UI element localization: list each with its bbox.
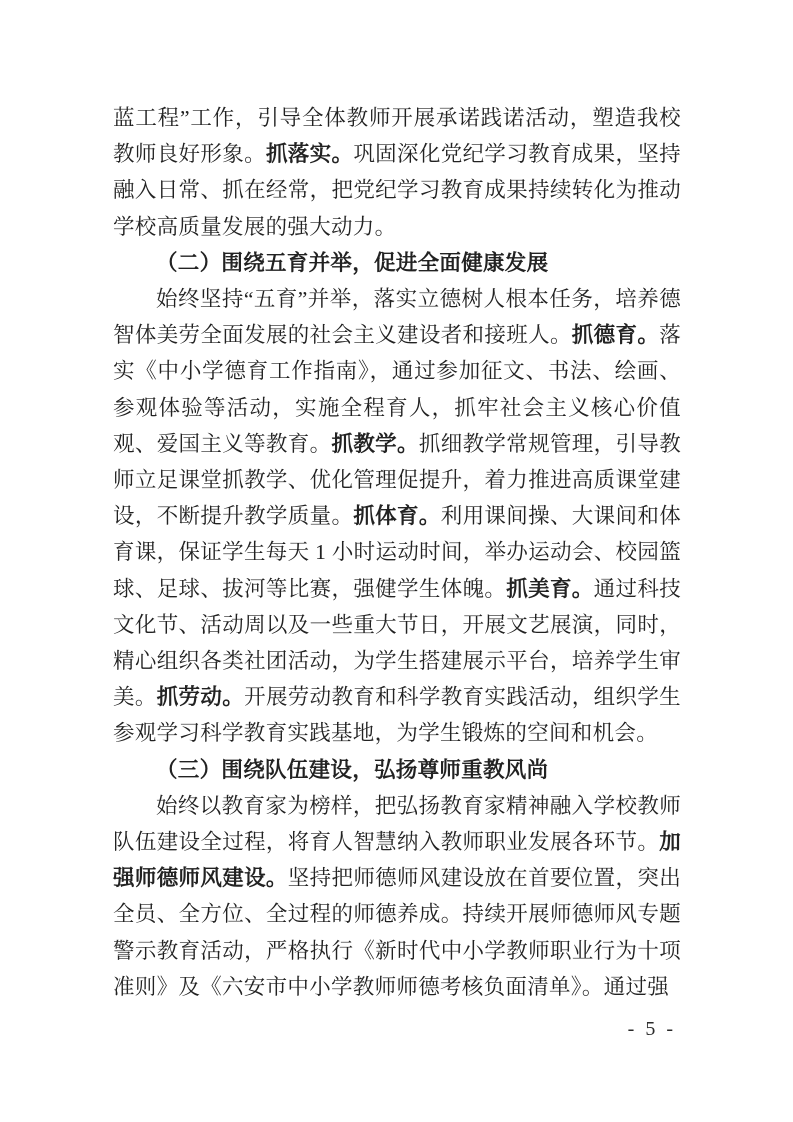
bold-text-run: 抓美育。 (506, 577, 593, 601)
body-paragraph: 始终坚持“五育”并举，落实立德树人根本任务，培养德智体美劳全面发展的社会主义建设… (113, 281, 681, 752)
bold-text-run: 抓劳动。 (157, 685, 244, 709)
text-run: 始终以教育家为榜样，把弘扬教育家精神融入学校教师队伍建设全过程，将育人智慧纳入教… (113, 794, 681, 854)
page-number: - 5 - (628, 1018, 676, 1040)
document-page: 蓝工程”工作，引导全体教师开展承诺践诺活动，塑造我校教师良好形象。抓落实。巩固深… (0, 0, 793, 1122)
document-body: 蓝工程”工作，引导全体教师开展承诺践诺活动，塑造我校教师良好形象。抓落实。巩固深… (113, 100, 681, 1005)
section-heading: （三）围绕队伍建设，弘扬尊师重教风尚 (113, 752, 681, 788)
bold-text-run: 抓体育。 (353, 504, 440, 528)
bold-text-run: （三）围绕队伍建设，弘扬尊师重教风尚 (156, 758, 548, 782)
body-paragraph: 蓝工程”工作，引导全体教师开展承诺践诺活动，塑造我校教师良好形象。抓落实。巩固深… (113, 100, 681, 245)
bold-text-run: （二）围绕五育并举，促进全面健康发展 (156, 251, 548, 275)
section-heading: （二）围绕五育并举，促进全面健康发展 (113, 245, 681, 281)
bold-text-run: 抓落实。 (266, 142, 353, 166)
bold-text-run: 抓教学。 (331, 432, 418, 456)
bold-text-run: 抓德育。 (572, 323, 659, 347)
body-paragraph: 始终以教育家为榜样，把弘扬教育家精神融入学校教师队伍建设全过程，将育人智慧纳入教… (113, 788, 681, 1005)
